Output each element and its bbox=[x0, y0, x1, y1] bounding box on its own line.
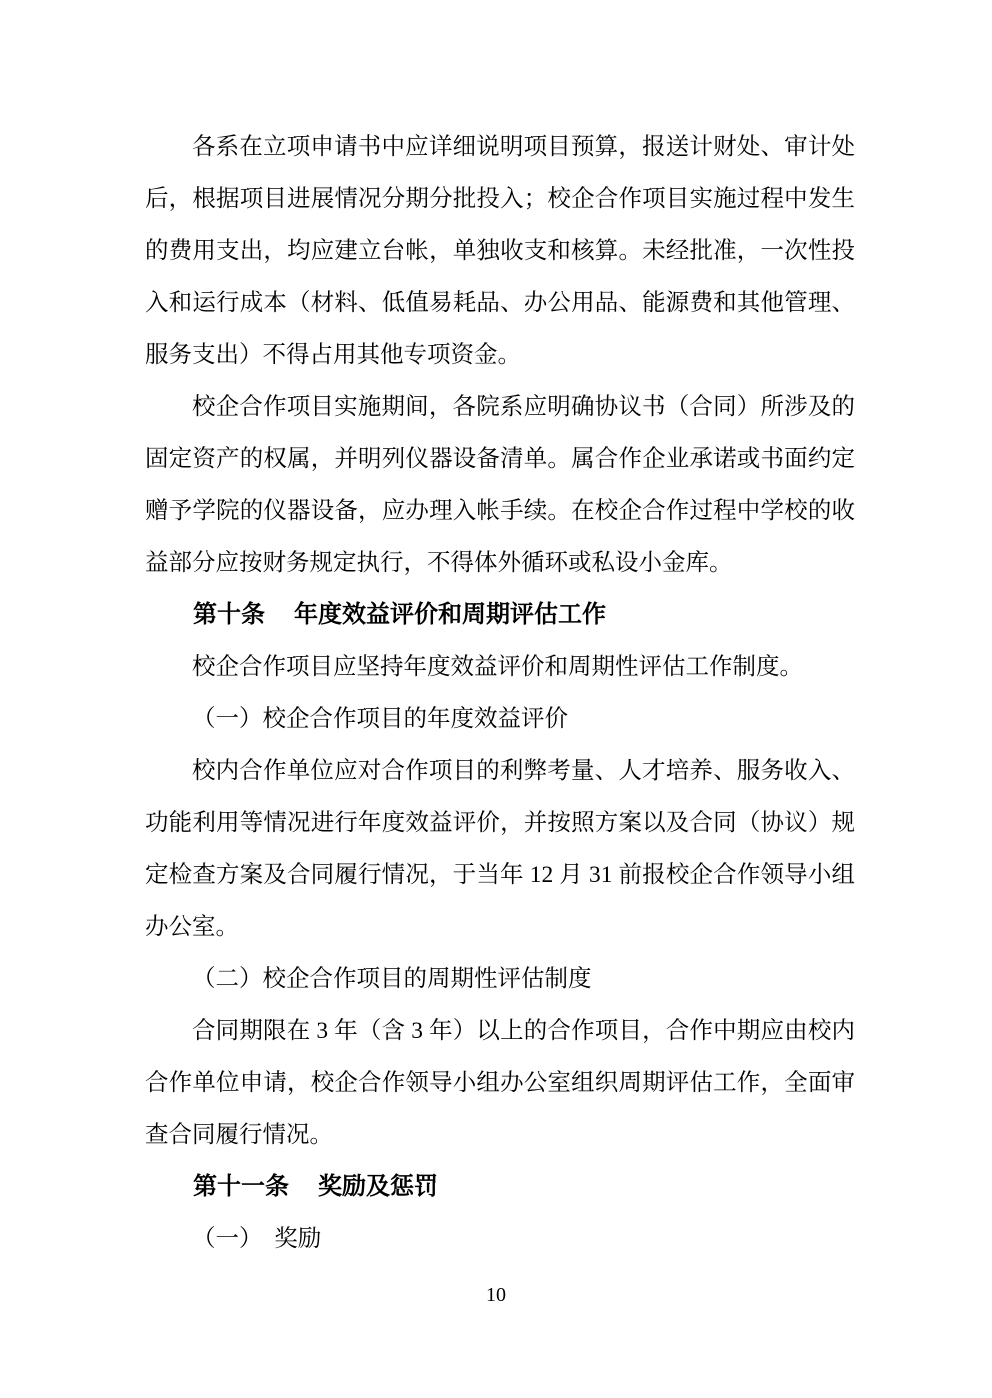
article-11-title: 奖励及惩罚 bbox=[318, 1174, 438, 1200]
article-10-title: 年度效益评价和周期评估工作 bbox=[294, 602, 606, 628]
paragraph-item-1-reward: （一） 奖励 bbox=[145, 1213, 855, 1265]
page-number: 10 bbox=[0, 1283, 992, 1307]
paragraph-fixed-assets: 校企合作项目实施期间，各院系应明确协议书（合同）所涉及的固定资产的权属，并明列仪… bbox=[145, 381, 855, 589]
article-11-number: 第十一条 bbox=[193, 1174, 289, 1200]
paragraph-project-budget: 各系在立项申请书中应详细说明项目预算，报送计财处、审计处后，根据项目进展情况分期… bbox=[145, 121, 855, 381]
paragraph-item-1-annual-benefit: （一）校企合作项目的年度效益评价 bbox=[145, 693, 855, 745]
article-10-number: 第十条 bbox=[193, 602, 265, 628]
article-10-heading: 第十条年度效益评价和周期评估工作 bbox=[145, 589, 855, 641]
article-11-heading: 第十一条奖励及惩罚 bbox=[145, 1161, 855, 1213]
document-page: 各系在立项申请书中应详细说明项目预算，报送计财处、审计处后，根据项目进展情况分期… bbox=[0, 0, 992, 1398]
paragraph-evaluation-system: 校企合作项目应坚持年度效益评价和周期性评估工作制度。 bbox=[145, 641, 855, 693]
paragraph-annual-benefit-detail: 校内合作单位应对合作项目的利弊考量、人才培养、服务收入、功能利用等情况进行年度效… bbox=[145, 745, 855, 953]
paragraph-periodic-assessment-detail: 合同期限在 3 年（含 3 年）以上的合作项目，合作中期应由校内合作单位申请，校… bbox=[145, 1005, 855, 1161]
paragraph-item-2-periodic-assessment: （二）校企合作项目的周期性评估制度 bbox=[145, 953, 855, 1005]
document-body: 各系在立项申请书中应详细说明项目预算，报送计财处、审计处后，根据项目进展情况分期… bbox=[145, 121, 855, 1265]
